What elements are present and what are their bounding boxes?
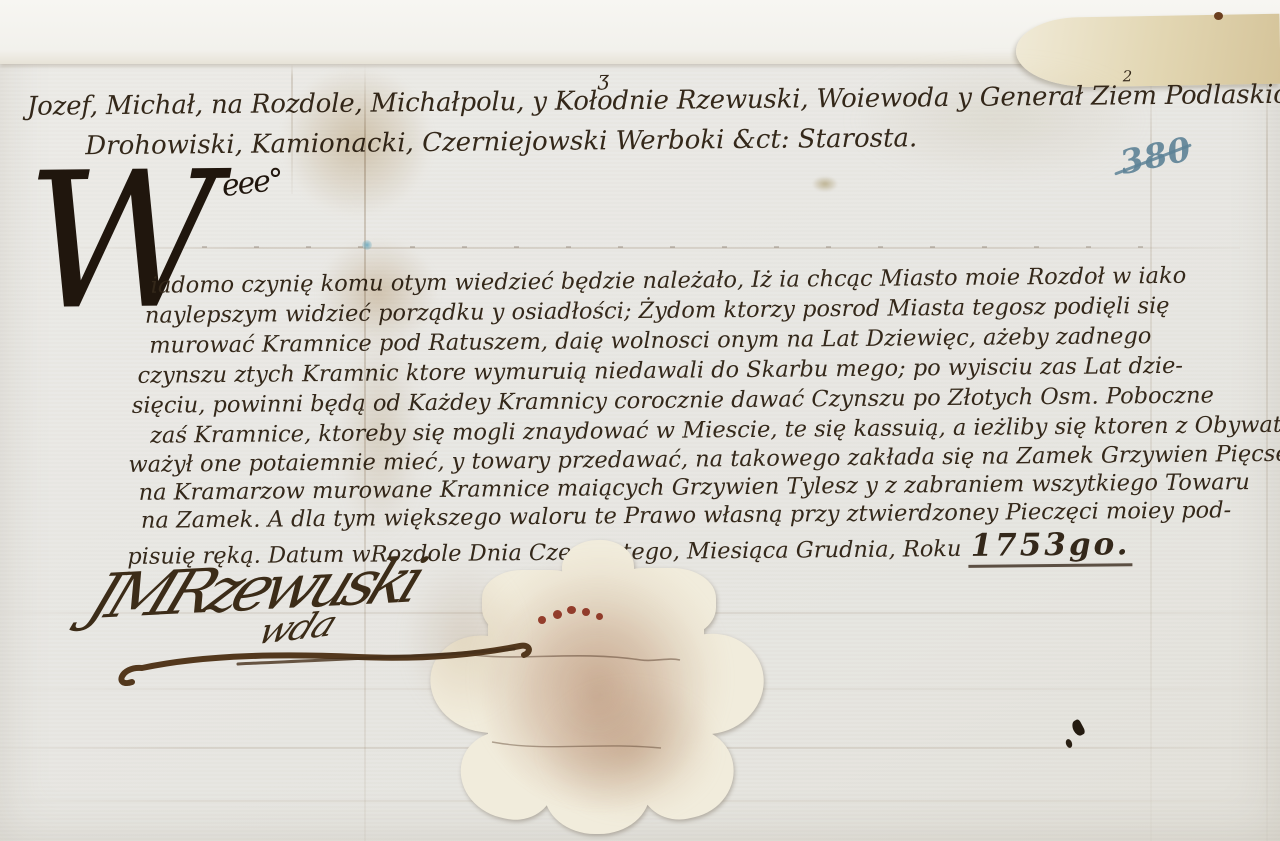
titulature-line-1: Jozef, Michał, na Rozdole, Michałpolu, y… xyxy=(27,80,1280,122)
manuscript-scan: Jozef, Michał, na Rozdole, Michałpolu, y… xyxy=(0,0,1280,841)
titulature-superscript: 2 xyxy=(1123,67,1133,85)
ink-fleck xyxy=(1214,12,1223,20)
pen-flourish-mark: ʒ xyxy=(598,66,610,90)
manuscript-line: murować Kramnice pod Ratuszem, daię woln… xyxy=(149,323,1151,359)
pen-flourish xyxy=(118,626,548,704)
manuscript-line: naylepszym widzieć porządku y osiadłości… xyxy=(145,293,1170,329)
year-1753: 1753go. xyxy=(968,526,1132,568)
drop-cap-flourish: eee° xyxy=(220,162,284,204)
